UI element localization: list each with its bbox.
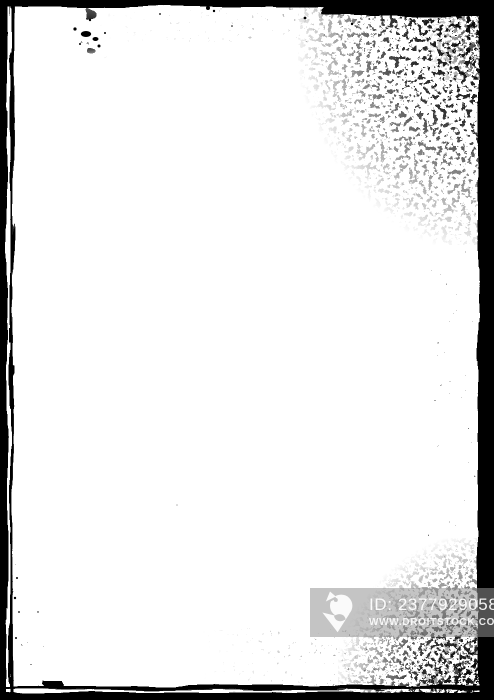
- bottom-edge-speckles: [200, 628, 494, 696]
- left-edge-speckles: [7, 540, 45, 685]
- right-edge-speckles: [428, 225, 480, 560]
- watermark-texts: ID: 2377929058 WWW.DROITSTOCK.COM: [369, 596, 494, 628]
- watermark-bar: ID: 2377929058 WWW.DROITSTOCK.COM: [310, 588, 494, 637]
- watermark-id-text: ID: 2377929058: [369, 596, 494, 614]
- ink-splatter: [60, 0, 118, 60]
- grunge-texture-image: ID: 2377929058 WWW.DROITSTOCK.COM: [0, 0, 494, 700]
- droitstock-logo-icon: [317, 591, 360, 634]
- top-edge-speckles: [90, 0, 494, 42]
- watermark-website-text: WWW.DROITSTOCK.COM: [369, 618, 494, 629]
